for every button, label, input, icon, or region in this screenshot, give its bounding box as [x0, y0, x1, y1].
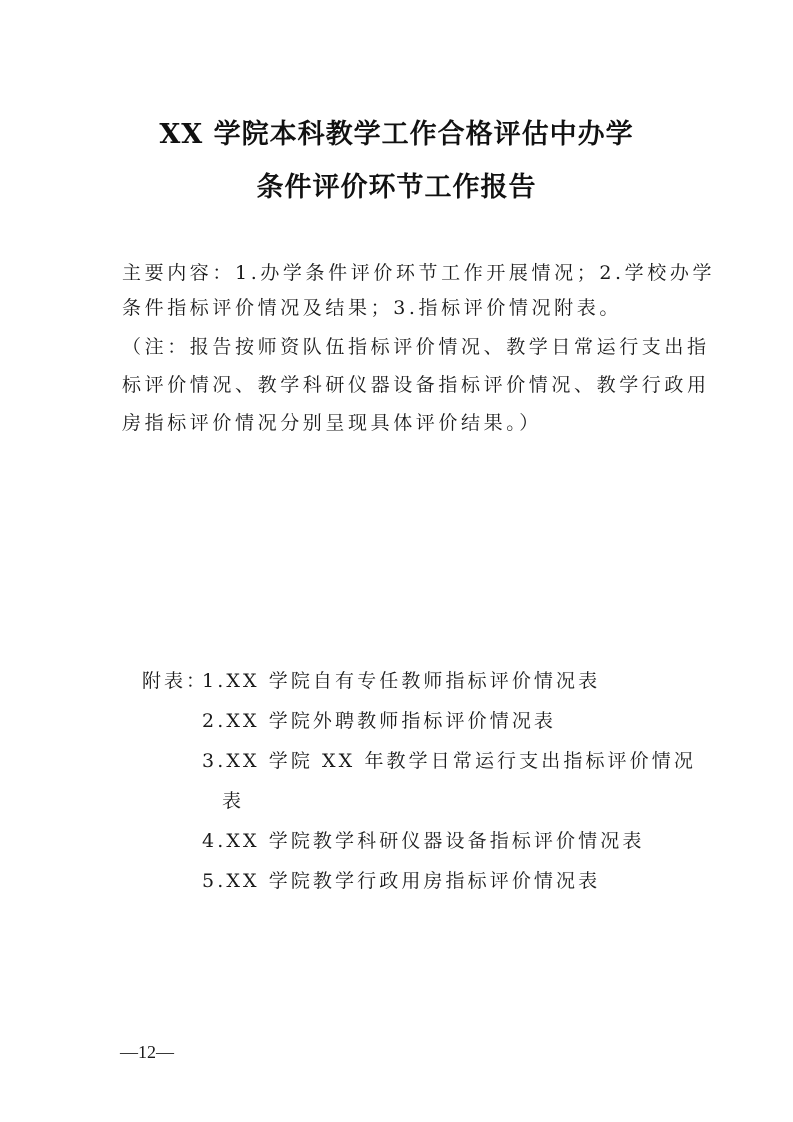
- content-line-1: 主要内容：1.办学条件评价环节工作开展情况；2.学校办学: [122, 258, 715, 285]
- content-line-2: 条件指标评价情况及结果；3.指标评价情况附表。: [122, 293, 622, 320]
- page-number: —12—: [120, 1042, 174, 1063]
- appendix-item-2: 2.XX 学院外聘教师指标评价情况表: [202, 706, 556, 733]
- note-line-2: 标评价情况、教学科研仪器设备指标评价情况、教学行政用: [122, 370, 710, 397]
- note-line-1: （注：报告按师资队伍指标评价情况、教学日常运行支出指: [122, 332, 710, 359]
- appendix-item-4: 4.XX 学院教学科研仪器设备指标评价情况表: [202, 826, 644, 853]
- appendix-item-5: 5.XX 学院教学行政用房指标评价情况表: [202, 866, 600, 893]
- note-line-3: 房指标评价情况分别呈现具体评价结果。）: [122, 408, 542, 435]
- document-title-line-2: 条件评价环节工作报告: [0, 165, 793, 204]
- document-title-line-1: XX 学院本科教学工作合格评估中办学: [0, 112, 793, 151]
- appendix-item-3: 3.XX 学院 XX 年教学日常运行支出指标评价情况: [202, 746, 696, 773]
- appendix-item-3-continued: 表: [222, 786, 244, 813]
- appendix-label: 附表：: [142, 666, 208, 693]
- appendix-item-1: 1.XX 学院自有专任教师指标评价情况表: [202, 666, 600, 693]
